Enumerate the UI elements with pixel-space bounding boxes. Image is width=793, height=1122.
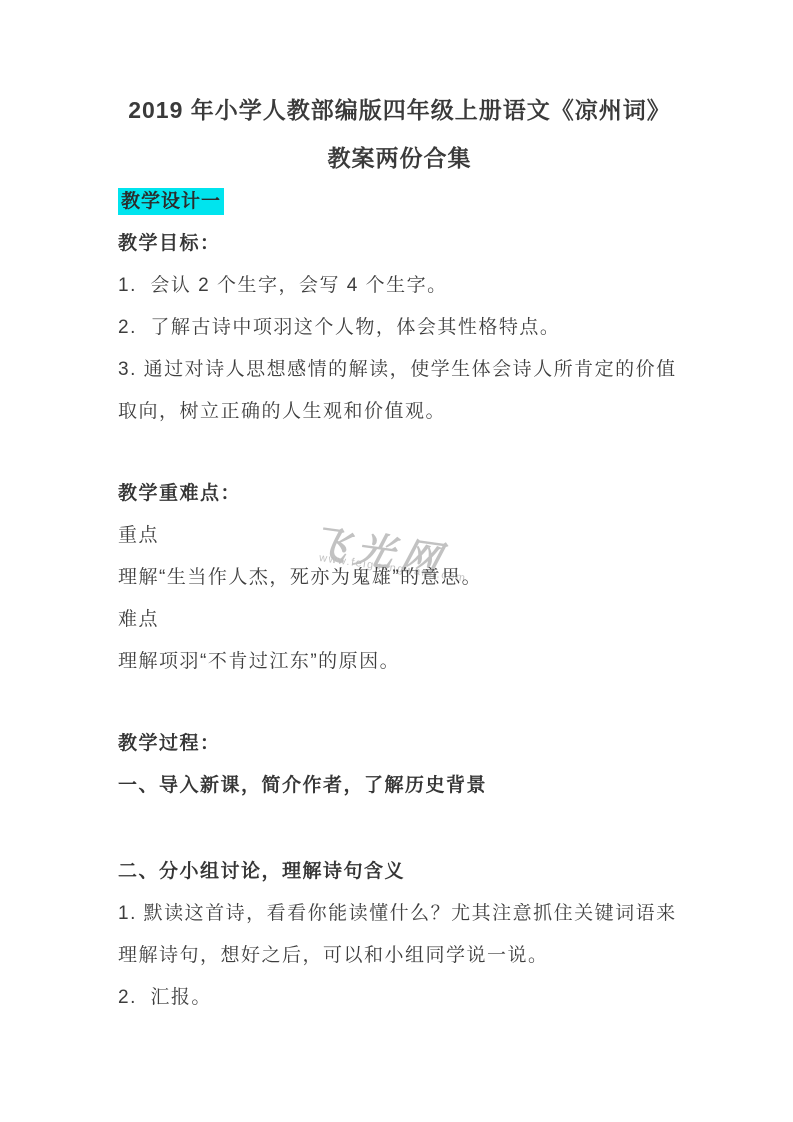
heading-teaching-process: 教学过程：	[118, 723, 681, 765]
document-content: 2019 年小学人教部编版四年级上册语文《凉州词》教案两份合集 教学设计一 教学…	[118, 86, 681, 1019]
design-one-highlight-label: 教学设计一	[118, 188, 224, 215]
process-step-two: 二、分小组讨论，理解诗句含义	[118, 851, 681, 893]
goal-item-3: 3. 通过对诗人思想感情的解读，使学生体会诗人所肯定的价值取向，树立正确的人生观…	[118, 349, 681, 433]
process-step-one: 一、导入新课，简介作者，了解历史背景	[118, 765, 681, 807]
difficult-point-text: 理解项羽“不肯过江东”的原因。	[118, 641, 681, 683]
goal-item-1: 1. 会认 2 个生字，会写 4 个生字。	[118, 265, 681, 307]
heading-teaching-goals: 教学目标：	[118, 223, 681, 265]
page-title: 2019 年小学人教部编版四年级上册语文《凉州词》教案两份合集	[118, 86, 681, 182]
goal-item-2: 2. 了解古诗中项羽这个人物，体会其性格特点。	[118, 307, 681, 349]
step-two-item-2: 2. 汇报。	[118, 977, 681, 1019]
key-point-text: 理解“生当作人杰，死亦为鬼雄”的意思。	[118, 557, 681, 599]
document-page: 飞光网 www.feiguangwang.com 2019 年小学人教部编版四年…	[0, 0, 793, 1122]
heading-key-difficult-points: 教学重难点：	[118, 473, 681, 515]
step-two-item-1: 1. 默读这首诗，看看你能读懂什么？尤其注意抓住关键词语来理解诗句，想好之后，可…	[118, 893, 681, 977]
key-point-label: 重点	[118, 515, 681, 557]
difficult-point-label: 难点	[118, 599, 681, 641]
